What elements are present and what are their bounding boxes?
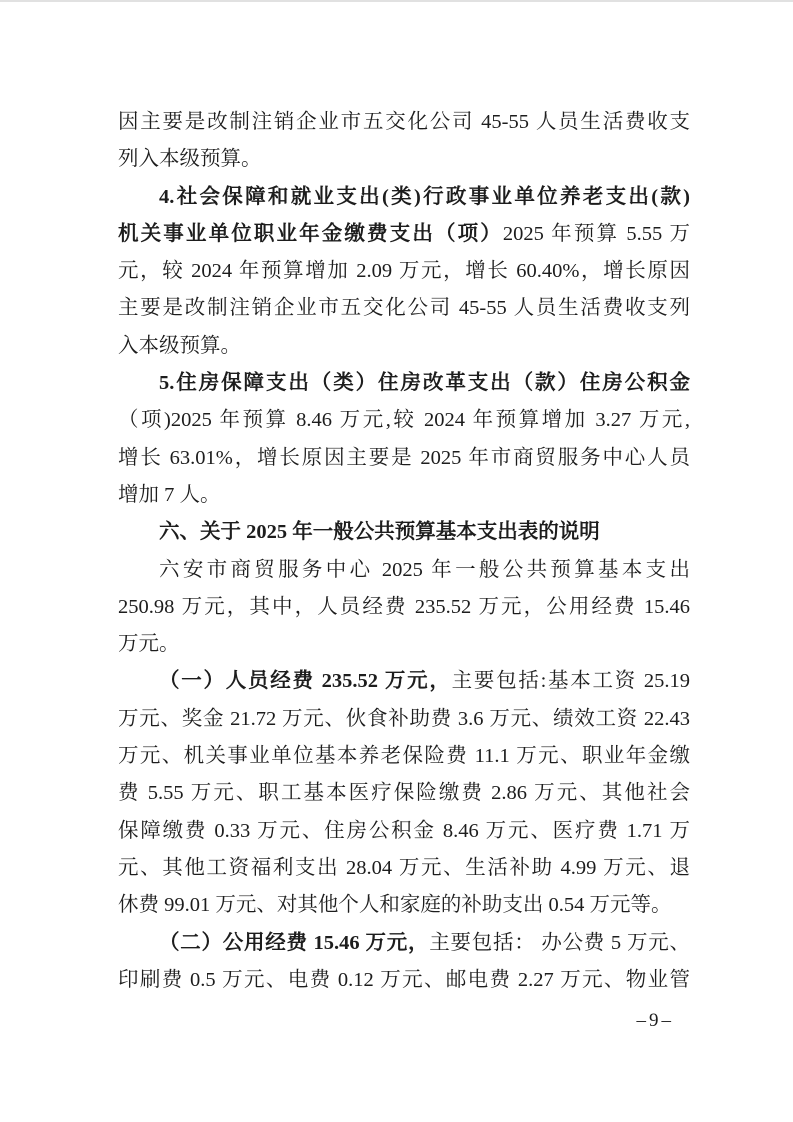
text-run: 万元、机关事业单位基本养老保险费 11.1 万元、职业年金缴 bbox=[118, 745, 690, 767]
text-line: 列入本级预算。 bbox=[118, 141, 690, 178]
text-line: 入本级预算。 bbox=[118, 328, 690, 365]
text-run: 主要包括:基本工资 25.19 bbox=[452, 670, 690, 692]
document-body: 因主要是改制注销企业市五交化公司 45-55 人员生活费收支列入本级预算。4.社… bbox=[118, 104, 690, 999]
text-line: 因主要是改制注销企业市五交化公司 45-55 人员生活费收支 bbox=[118, 104, 690, 141]
document-page: 因主要是改制注销企业市五交化公司 45-55 人员生活费收支列入本级预算。4.社… bbox=[0, 0, 793, 1122]
text-line: 增加 7 人。 bbox=[118, 477, 690, 514]
text-line: 六安市商贸服务中心 2025 年一般公共预算基本支出 bbox=[118, 552, 690, 589]
bold-text-run: 5.住房保障支出（类）住房改革支出（款）住房公积金 bbox=[159, 372, 690, 394]
text-run: 保障缴费 0.33 万元、住房公积金 8.46 万元、医疗费 1.71 万 bbox=[118, 820, 690, 842]
text-run: （项)2025 年预算 8.46 万元,较 2024 年预算增加 3.27 万元… bbox=[118, 409, 690, 431]
text-run: 250.98 万元，其中，人员经费 235.52 万元，公用经费 15.46 bbox=[118, 596, 690, 618]
text-run: 因主要是改制注销企业市五交化公司 45-55 人员生活费收支 bbox=[118, 111, 690, 133]
text-line: 六、关于 2025 年一般公共预算基本支出表的说明 bbox=[118, 514, 690, 551]
text-line: 印刷费 0.5 万元、电费 0.12 万元、邮电费 2.27 万元、物业管 bbox=[118, 962, 690, 999]
scan-edge-artifact bbox=[0, 0, 793, 2]
text-line: 主要是改制注销企业市五交化公司 45-55 人员生活费收支列 bbox=[118, 290, 690, 327]
text-line: 休费 99.01 万元、对其他个人和家庭的补助支出 0.54 万元等。 bbox=[118, 887, 690, 924]
bold-text-run: 机关事业单位职业年金缴费支出（项） bbox=[118, 223, 503, 245]
text-line: 机关事业单位职业年金缴费支出（项）2025 年预算 5.55 万 bbox=[118, 216, 690, 253]
bold-text-run: 六、关于 2025 年一般公共预算基本支出表的说明 bbox=[159, 521, 600, 543]
text-line: （项)2025 年预算 8.46 万元,较 2024 年预算增加 3.27 万元… bbox=[118, 402, 690, 439]
page-number: –9– bbox=[637, 1010, 675, 1032]
text-line: 万元、奖金 21.72 万元、伙食补助费 3.6 万元、绩效工资 22.43 bbox=[118, 701, 690, 738]
text-run: 增加 7 人。 bbox=[118, 484, 221, 506]
text-run: 增长 63.01%，增长原因主要是 2025 年市商贸服务中心人员 bbox=[118, 447, 690, 469]
text-line: 4.社会保障和就业支出(类)行政事业单位养老支出(款) bbox=[118, 179, 690, 216]
text-line: 元，较 2024 年预算增加 2.09 万元，增长 60.40%，增长原因 bbox=[118, 253, 690, 290]
text-run: 元、其他工资福利支出 28.04 万元、生活补助 4.99 万元、退 bbox=[118, 857, 690, 879]
text-line: 250.98 万元，其中，人员经费 235.52 万元，公用经费 15.46 bbox=[118, 589, 690, 626]
bold-text-run: （二）公用经费 15.46 万元， bbox=[159, 932, 429, 954]
text-run: 2025 年预算 5.55 万 bbox=[503, 223, 690, 245]
text-line: 元、其他工资福利支出 28.04 万元、生活补助 4.99 万元、退 bbox=[118, 850, 690, 887]
text-line: （一）人员经费 235.52 万元，主要包括:基本工资 25.19 bbox=[118, 663, 690, 700]
text-run: 六安市商贸服务中心 2025 年一般公共预算基本支出 bbox=[159, 559, 690, 581]
text-run: 万元、奖金 21.72 万元、伙食补助费 3.6 万元、绩效工资 22.43 bbox=[118, 708, 690, 730]
text-line: 万元、机关事业单位基本养老保险费 11.1 万元、职业年金缴 bbox=[118, 738, 690, 775]
text-run: 元，较 2024 年预算增加 2.09 万元，增长 60.40%，增长原因 bbox=[118, 260, 690, 282]
text-line: 5.住房保障支出（类）住房改革支出（款）住房公积金 bbox=[118, 365, 690, 402]
bold-text-run: 4.社会保障和就业支出(类)行政事业单位养老支出(款) bbox=[159, 186, 690, 208]
text-line: 保障缴费 0.33 万元、住房公积金 8.46 万元、医疗费 1.71 万 bbox=[118, 813, 690, 850]
text-run: 列入本级预算。 bbox=[118, 148, 262, 170]
text-run: 主要包括： 办公费 5 万元、 bbox=[429, 932, 690, 954]
text-run: 费 5.55 万元、职工基本医疗保险缴费 2.86 万元、其他社会 bbox=[118, 782, 690, 804]
text-line: 万元。 bbox=[118, 626, 690, 663]
bold-text-run: （一）人员经费 235.52 万元， bbox=[159, 670, 452, 692]
text-run: 万元。 bbox=[118, 633, 180, 655]
text-line: （二）公用经费 15.46 万元，主要包括： 办公费 5 万元、 bbox=[118, 925, 690, 962]
text-run: 入本级预算。 bbox=[118, 335, 241, 357]
text-line: 费 5.55 万元、职工基本医疗保险缴费 2.86 万元、其他社会 bbox=[118, 775, 690, 812]
text-run: 印刷费 0.5 万元、电费 0.12 万元、邮电费 2.27 万元、物业管 bbox=[118, 969, 690, 991]
text-run: 休费 99.01 万元、对其他个人和家庭的补助支出 0.54 万元等。 bbox=[118, 894, 672, 916]
text-run: 主要是改制注销企业市五交化公司 45-55 人员生活费收支列 bbox=[118, 297, 690, 319]
text-line: 增长 63.01%，增长原因主要是 2025 年市商贸服务中心人员 bbox=[118, 440, 690, 477]
